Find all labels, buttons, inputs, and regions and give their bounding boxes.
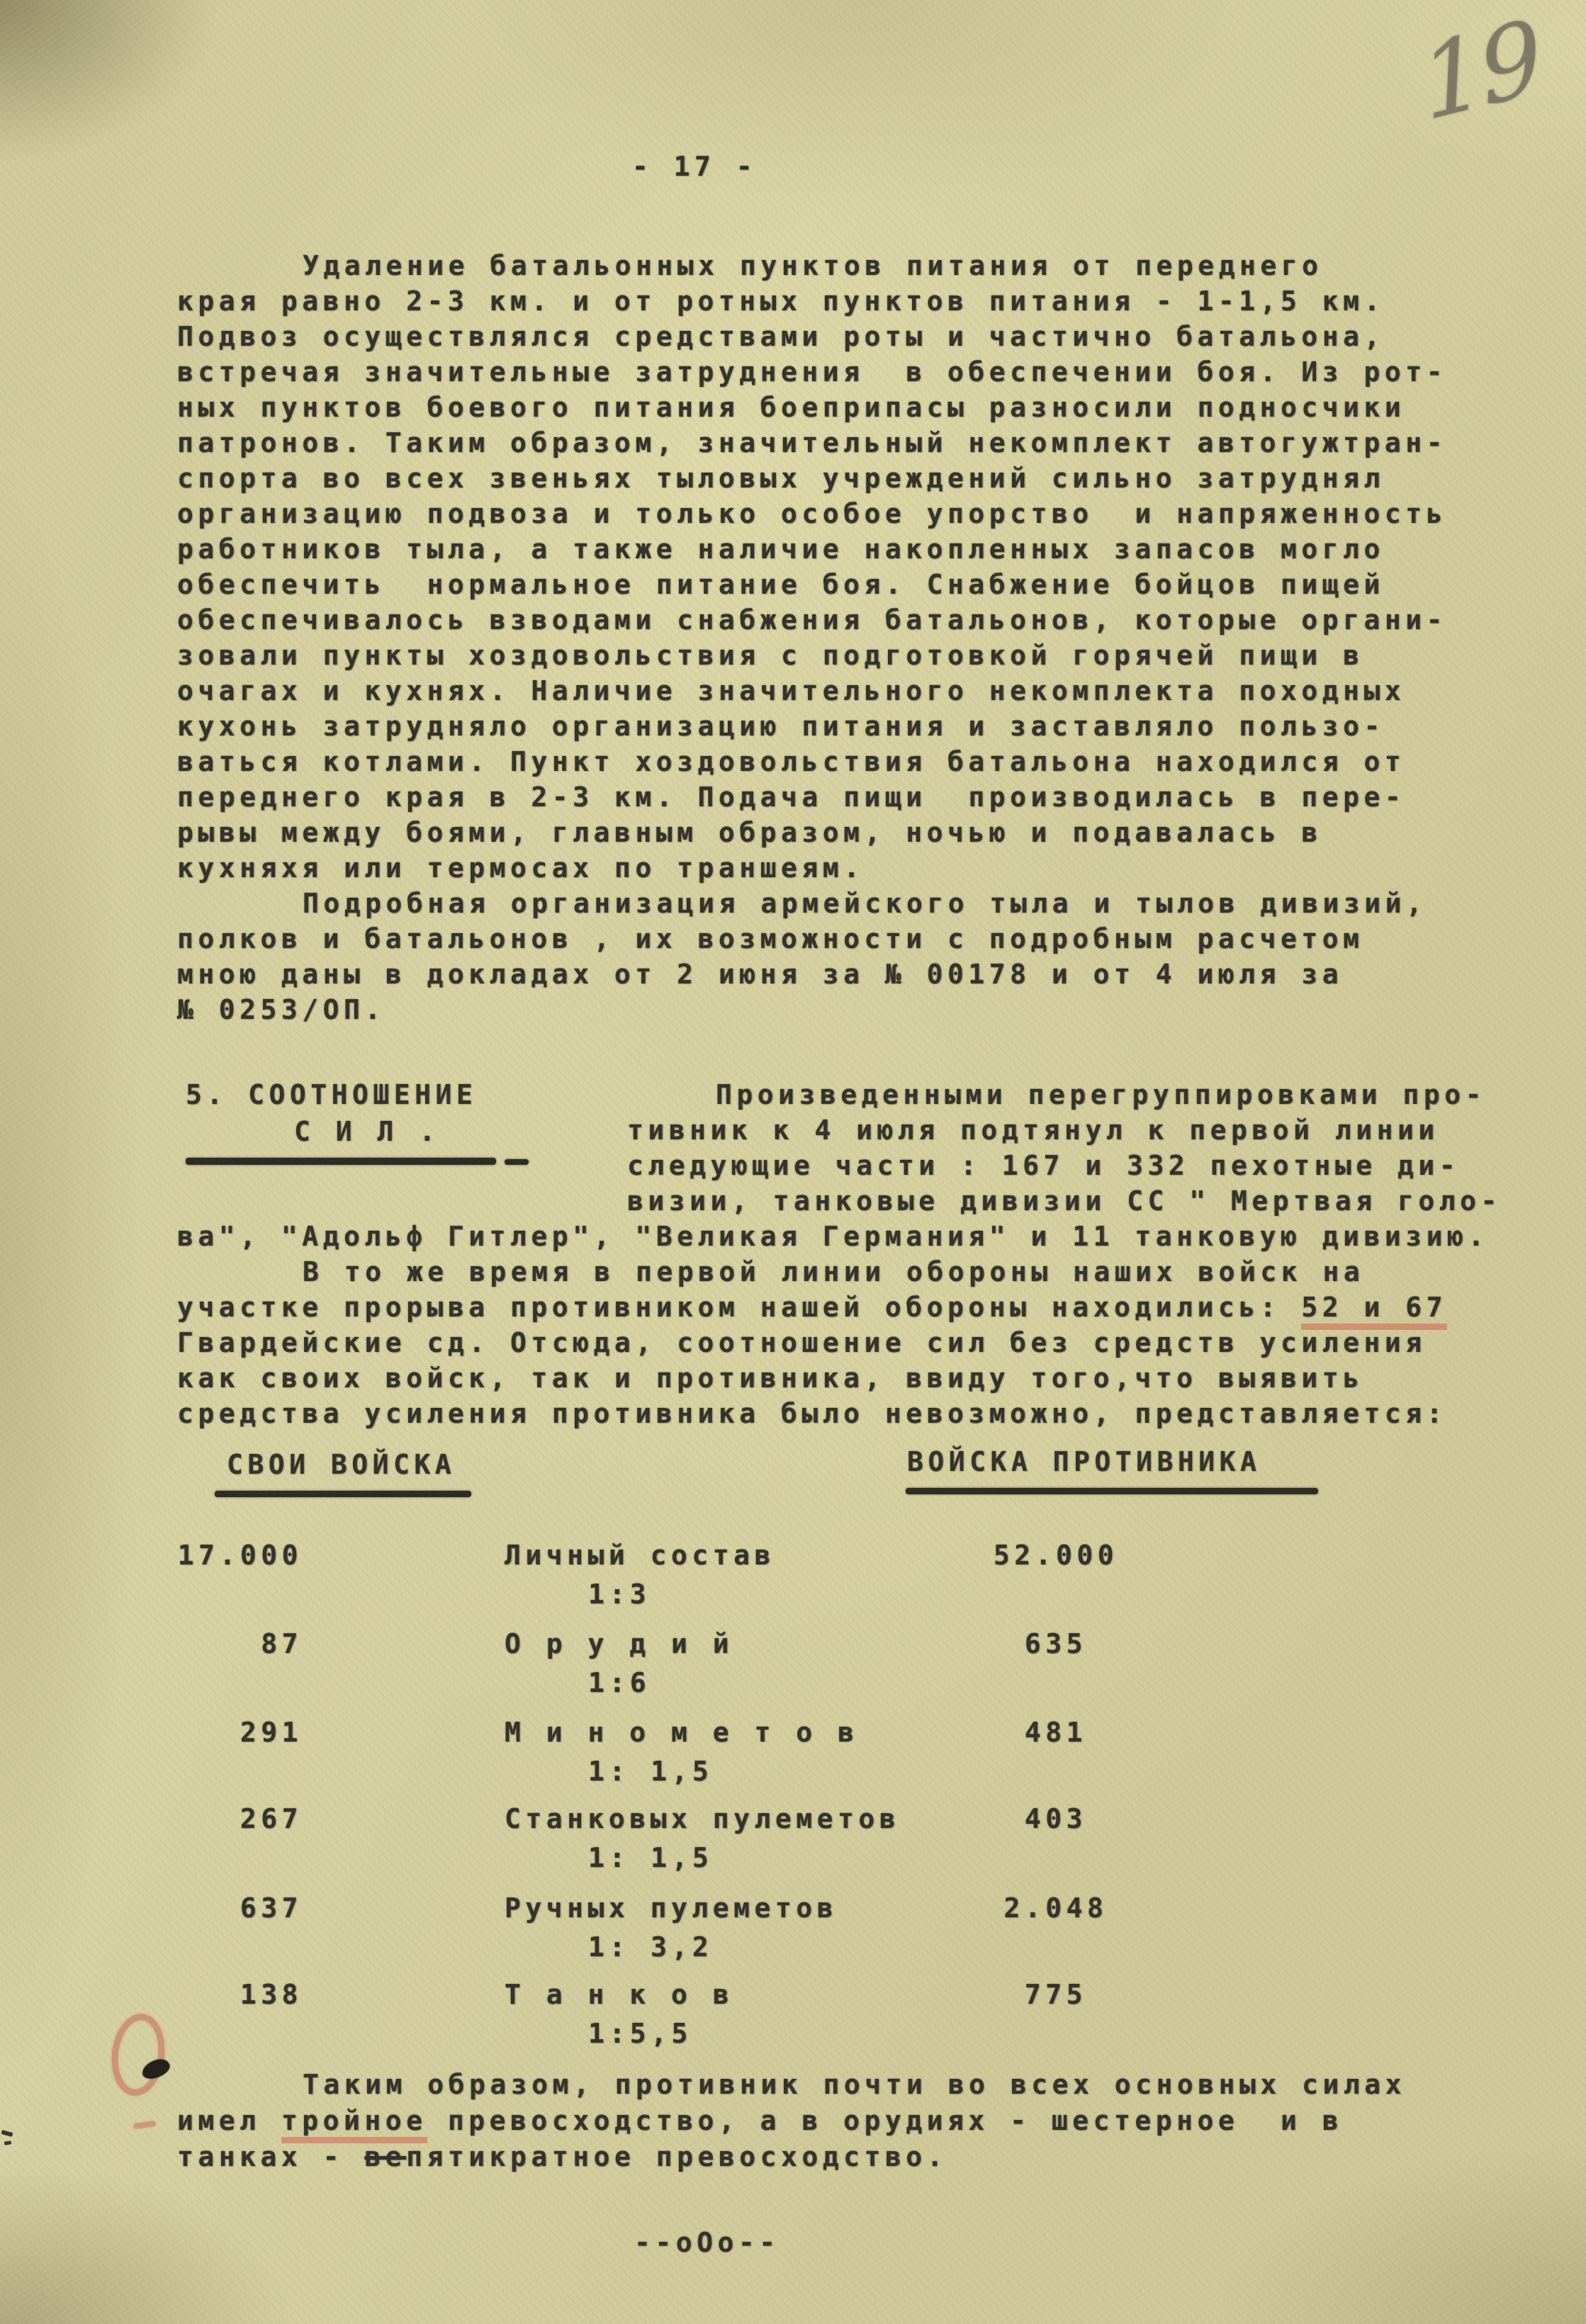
handwritten-page-number: 19 [1414,0,1546,144]
ratio-value: 1:5,5 [588,2016,872,2051]
section5-full-line-2: В то же время в первой линии обороны наш… [177,1254,1509,1290]
red-pencil-dash-mark [133,2121,157,2129]
own-forces-value: 637 [131,1890,303,1926]
enemy-forces-value: 775 [984,1977,1128,2012]
closing-line-2: имел тройное превосходство, а в орудиях … [177,2103,1552,2138]
heading-underline [186,1158,496,1165]
paragraph-reports: Подробная организация армейского тыла и … [177,886,1509,1027]
own-forces-value: 17.000 [131,1538,303,1573]
enemy-forces-value: 481 [984,1715,1128,1750]
edge-speck [4,2140,12,2145]
scanned-document-page: 19 - 17 - Удаление батальонных пунктов п… [0,0,1586,2324]
red-pencil-circle-mark [107,2011,169,2099]
enemy-forces-value: 403 [984,1801,1128,1837]
section5-heading-line2: С И Л . [294,1114,648,1149]
own-forces-value: 87 [131,1626,303,1662]
section5-full-tail: Гвардейские сд. Отсюда, соотношение сил … [177,1325,1552,1431]
ratio-value: 1: 1,5 [588,1754,872,1789]
ratio-value: 1:3 [588,1576,872,1612]
enemy-forces-value: 635 [984,1626,1128,1662]
category-label: О р у д и й [505,1626,1001,1662]
section5-full-line-1: ва", "Адольф Гитлер", "Великая Германия"… [177,1219,1552,1254]
table-header-enemy-forces: ВОЙСКА ПРОТИВНИКА [907,1444,1403,1479]
paragraph-supply: Удаление батальонных пунктов питания от … [177,248,1509,886]
line-text: имел [177,2105,281,2136]
category-label: Ручных пулеметов [505,1890,1001,1926]
table-header-own-forces: СВОИ ВОЙСКА [227,1447,581,1482]
line-text: превосходство, а в орудиях - шестерное и… [427,2105,1344,2136]
line-text: пятикратное превосходство. [406,2141,947,2172]
line-text: участке прорыва противником нашей оборон… [177,1292,1301,1323]
enemy-header-underline [906,1488,1318,1494]
end-mark: --оОо-- [634,2225,918,2260]
enemy-forces-value: 2.048 [984,1890,1128,1926]
section5-heading-line1: 5. СООТНОШЕНИЕ [186,1077,682,1112]
own-forces-value: 138 [131,1977,303,2012]
edge-speck [1,2130,13,2137]
ratio-value: 1: 1,5 [588,1840,872,1875]
category-label: Личный состав [505,1538,1001,1573]
category-label: Станковых пулеметов [505,1801,1001,1837]
struck-out-text: ве [364,2141,406,2172]
line-text: танках - [177,2141,364,2172]
page-number: - 17 - [581,149,808,184]
ratio-value: 1: 3,2 [588,1929,872,1965]
closing-line-1: Таким образом, противник почти во всех о… [177,2067,1509,2102]
section5-line-divisions: участке прорыва противником нашей оборон… [177,1290,1552,1325]
own-forces-value: 267 [131,1801,303,1837]
red-underlined-triple: тройное [281,2105,427,2143]
section5-column-text: Произведенными перегруппировками про- ти… [627,1077,1520,1219]
heading-underline-dash [505,1159,529,1165]
own-forces-value: 291 [131,1715,303,1750]
ratio-value: 1:6 [588,1665,872,1700]
category-label: М и н о м е т о в [505,1715,1001,1750]
red-underlined-divisions: 52 и 67 [1301,1292,1447,1330]
category-label: Т а н к о в [505,1977,1001,2012]
own-header-underline [215,1491,471,1497]
enemy-forces-value: 52.000 [984,1538,1128,1573]
closing-line-3: танках - вепятикратное превосходство. [177,2139,1552,2174]
